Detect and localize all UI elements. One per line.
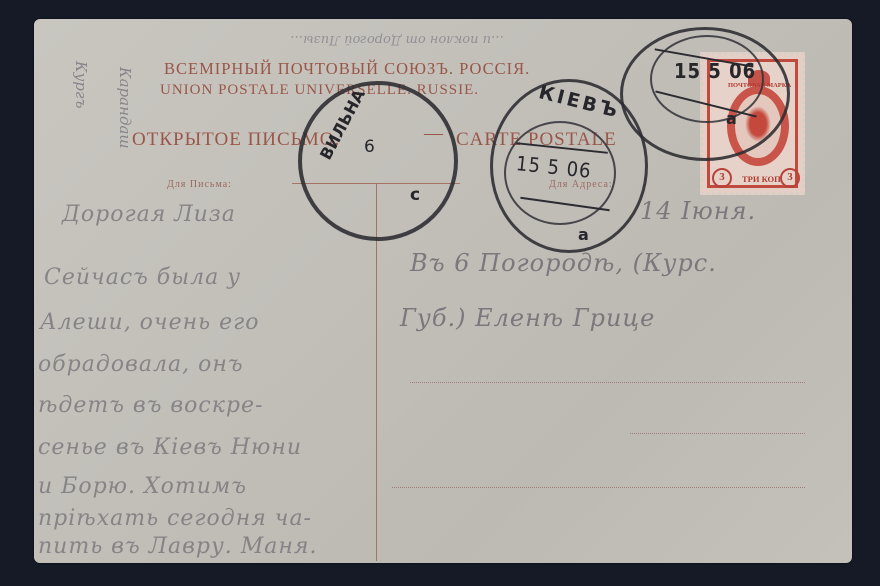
message-line: Сейчасъ была у [44, 265, 241, 290]
postmark-middle-letter: а [578, 225, 589, 244]
postmark-left [298, 81, 458, 241]
address-line: Губ.) Еленѣ Грице [400, 304, 655, 332]
message-line: пить въ Лавру. Маня. [38, 534, 317, 559]
postmark-left-index: 6 [364, 137, 375, 157]
stamp-corner-value: 3 [712, 168, 732, 188]
stamp-corner-value: 3 [780, 168, 800, 188]
stamp-value: ТРИ КОП. [742, 174, 783, 184]
margin-note-1: Кургъ [72, 61, 90, 109]
address-line-2 [630, 433, 805, 434]
postmark-right-letter: а [726, 109, 737, 128]
message-line: сенье въ Кіевъ Нюни [38, 435, 302, 460]
message-line: пріѣхать сегодня ча- [38, 506, 312, 531]
address-line-3 [392, 487, 805, 488]
address-date: 14 Іюня. [640, 197, 756, 225]
message-line: и Борю. Хотимъ [38, 474, 247, 499]
address-line-1 [410, 382, 805, 383]
message-line: обрадовала, онъ [38, 352, 244, 377]
header-line-fr: UNION POSTALE UNIVERSELLE. RUSSIE. [160, 82, 479, 99]
address-line: Въ 6 Погородѣ, (Курс. [410, 249, 717, 277]
message-line: Алеши, очень его [40, 310, 259, 335]
message-line: Дорогая Лиза [62, 202, 236, 227]
label-letter: Для Письма: [167, 179, 232, 190]
message-line: ѣдетъ въ воскре- [38, 393, 263, 418]
postmark-left-letter: с [410, 185, 420, 205]
header-line-ru: ВСЕМІРНЫЙ ПОЧТОВЫЙ СОЮЗЪ. РОССІЯ. [164, 59, 530, 79]
postcard: …и поклон от Дорогой Лизы… Кургъ Каранда… [34, 19, 852, 563]
upside-down-note: …и поклон от Дорогой Лизы… [290, 32, 504, 47]
postmark-right-date: 15 5 06 [674, 59, 756, 83]
